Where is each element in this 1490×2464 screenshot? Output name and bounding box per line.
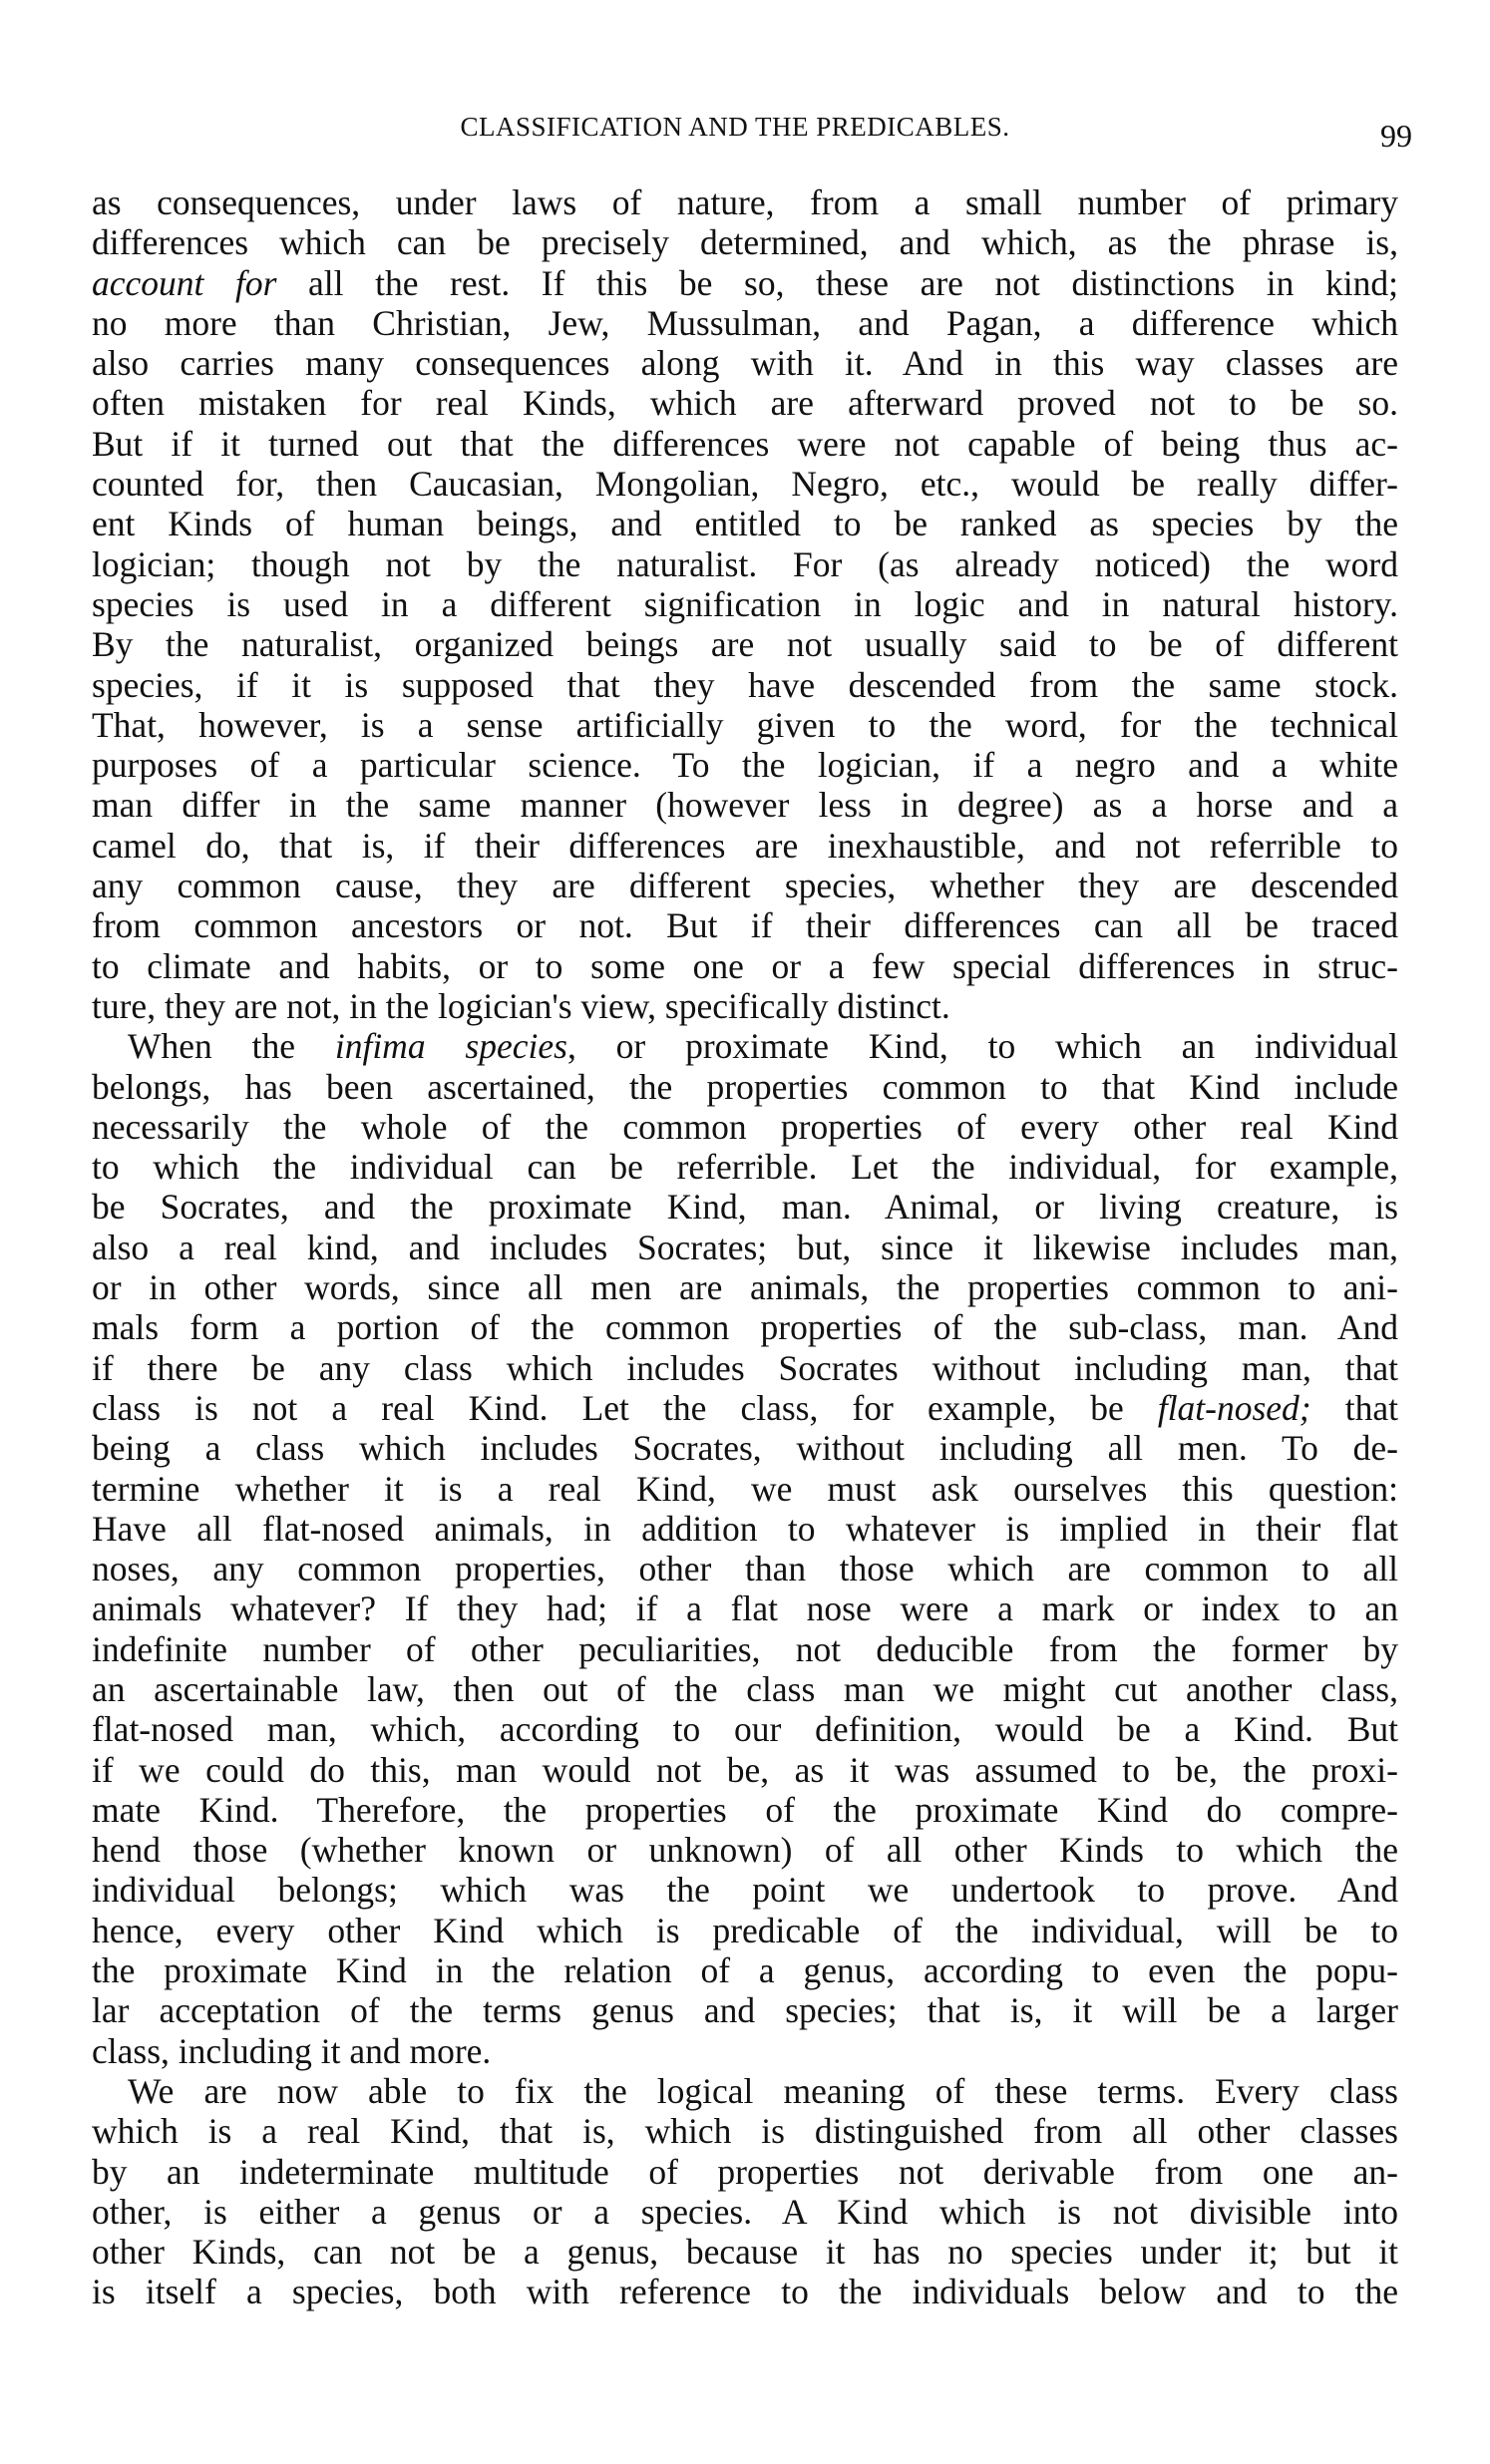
text-line: often mistaken for real Kinds, which are… (92, 383, 1398, 423)
text-line: being a class which includes Socrates, w… (92, 1428, 1398, 1468)
text-line: belongs, has been ascertained, the prope… (92, 1067, 1398, 1107)
text-line: an ascertainable law, then out of the cl… (92, 1669, 1398, 1709)
paragraph: When the infima species, or proximate Ki… (92, 1026, 1398, 2071)
text-run: class, including it and more. (92, 2031, 491, 2071)
text-line: to climate and habits, or to some one or… (92, 946, 1398, 986)
page-number: 99 (1380, 118, 1412, 155)
text-run: or in other words, since all men are ani… (92, 1267, 1398, 1307)
text-run: But if it turned out that the difference… (92, 424, 1398, 464)
italic-text: infima species (335, 1026, 567, 1066)
text-run: noses, any common properties, other than… (92, 1549, 1398, 1588)
text-line: hence, every other Kind which is predica… (92, 1911, 1398, 1950)
text-line: Have all flat-nosed animals, in addition… (92, 1509, 1398, 1549)
text-line: any common cause, they are different spe… (92, 866, 1398, 905)
text-line: hend those (whether known or unknown) of… (92, 1830, 1398, 1870)
text-line: other, is either a genus or a species. A… (92, 2192, 1398, 2232)
text-line: flat-nosed man, which, according to our … (92, 1709, 1398, 1749)
text-run: any common cause, they are different spe… (92, 866, 1398, 905)
text-run: other Kinds, can not be a genus, because… (92, 2232, 1398, 2272)
text-line: ent Kinds of human beings, and entitled … (92, 504, 1398, 543)
text-run: animals whatever? If they had; if a flat… (92, 1588, 1398, 1628)
text-line: lar acceptation of the terms genus and s… (92, 1990, 1398, 2030)
text-line: When the infima species, or proximate Ki… (92, 1026, 1398, 1066)
text-run: to climate and habits, or to some one or… (92, 946, 1398, 986)
text-run: We are now able to fix the logical meani… (128, 2071, 1398, 2111)
text-line: class is not a real Kind. Let the class,… (92, 1388, 1398, 1428)
text-line: necessarily the whole of the common prop… (92, 1107, 1398, 1147)
text-line: species is used in a different significa… (92, 584, 1398, 624)
text-run: the proximate Kind in the relation of a … (92, 1950, 1398, 1990)
text-line: We are now able to fix the logical meani… (92, 2071, 1398, 2111)
text-line: differences which can be precisely deter… (92, 222, 1398, 262)
text-run: flat-nosed man, which, according to our … (92, 1709, 1398, 1749)
text-line: man differ in the same manner (however l… (92, 785, 1398, 825)
text-run: as consequences, under laws of nature, f… (92, 182, 1398, 222)
text-run: belongs, has been ascertained, the prope… (92, 1067, 1398, 1107)
text-line: which is a real Kind, that is, which is … (92, 2111, 1398, 2151)
text-line: the proximate Kind in the relation of a … (92, 1950, 1398, 1990)
text-run: hend those (whether known or unknown) of… (92, 1830, 1398, 1870)
text-line: to which the individual can be referribl… (92, 1147, 1398, 1187)
text-run: When the (128, 1026, 335, 1066)
text-line: camel do, that is, if their differences … (92, 826, 1398, 866)
text-line: animals whatever? If they had; if a flat… (92, 1588, 1398, 1628)
text-run: if there be any class which includes Soc… (92, 1348, 1398, 1388)
text-run: all the rest. If this be so, these are n… (276, 263, 1398, 303)
text-run: is itself a species, both with reference… (92, 2272, 1398, 2311)
text-run: to which the individual can be referribl… (92, 1147, 1398, 1187)
text-run: from common ancestors or not. But if the… (92, 905, 1398, 945)
text-line: individual belongs; which was the point … (92, 1870, 1398, 1910)
text-line: or in other words, since all men are ani… (92, 1267, 1398, 1307)
text-run: Have all flat-nosed animals, in addition… (92, 1509, 1398, 1549)
text-run: class is not a real Kind. Let the class,… (92, 1388, 1158, 1428)
text-run: often mistaken for real Kinds, which are… (92, 383, 1398, 423)
text-run: That, however, is a sense artificially g… (92, 705, 1398, 745)
page-header: CLASSIFICATION AND THE PREDICABLES. 99 (0, 112, 1490, 152)
text-run: species is used in a different significa… (92, 584, 1398, 624)
text-run: , or proximate Kind, to which an individ… (567, 1026, 1398, 1066)
text-run: camel do, that is, if their differences … (92, 826, 1398, 866)
text-run: other, is either a genus or a species. A… (92, 2192, 1398, 2232)
text-line: counted for, then Caucasian, Mongolian, … (92, 464, 1398, 504)
text-run: ture, they are not, in the logician's vi… (92, 986, 950, 1026)
paragraph: We are now able to fix the logical meani… (92, 2071, 1398, 2312)
italic-text: account for (92, 263, 276, 303)
text-line: But if it turned out that the difference… (92, 424, 1398, 464)
text-line: indefinite number of other peculiarities… (92, 1629, 1398, 1669)
text-line: as consequences, under laws of nature, f… (92, 182, 1398, 222)
text-line: That, however, is a sense artificially g… (92, 705, 1398, 745)
text-line: mals form a portion of the common proper… (92, 1307, 1398, 1347)
text-run: logician; though not by the naturalist. … (92, 544, 1398, 584)
text-run: lar acceptation of the terms genus and s… (92, 1990, 1398, 2030)
text-line: mate Kind. Therefore, the properties of … (92, 1790, 1398, 1830)
text-run: also carries many consequences along wit… (92, 343, 1398, 383)
text-run: mals form a portion of the common proper… (92, 1307, 1398, 1347)
text-run: ent Kinds of human beings, and entitled … (92, 504, 1398, 543)
text-line: is itself a species, both with reference… (92, 2272, 1398, 2311)
text-line: logician; though not by the naturalist. … (92, 544, 1398, 584)
text-run: termine whether it is a real Kind, we mu… (92, 1469, 1398, 1509)
text-line: if there be any class which includes Soc… (92, 1348, 1398, 1388)
body-text: as consequences, under laws of nature, f… (92, 182, 1398, 2312)
text-run: hence, every other Kind which is predica… (92, 1911, 1398, 1950)
text-run: also a real kind, and includes Socrates;… (92, 1228, 1398, 1267)
text-line: by an indeterminate multitude of propert… (92, 2152, 1398, 2192)
italic-text: flat-nosed; (1158, 1388, 1311, 1428)
text-line: if we could do this, man would not be, a… (92, 1750, 1398, 1790)
text-run: species, if it is supposed that they hav… (92, 665, 1398, 705)
text-run: man differ in the same manner (however l… (92, 785, 1398, 825)
text-run: differences which can be precisely deter… (92, 222, 1398, 262)
text-line: purposes of a particular science. To the… (92, 745, 1398, 785)
text-line: no more than Christian, Jew, Mussulman, … (92, 303, 1398, 343)
text-line: By the naturalist, organized beings are … (92, 624, 1398, 664)
text-run: that (1311, 1388, 1398, 1428)
running-title: CLASSIFICATION AND THE PREDICABLES. (361, 112, 1109, 143)
text-run: no more than Christian, Jew, Mussulman, … (92, 303, 1398, 343)
text-line: from common ancestors or not. But if the… (92, 905, 1398, 945)
text-run: individual belongs; which was the point … (92, 1870, 1398, 1910)
paragraph: as consequences, under laws of nature, f… (92, 182, 1398, 1026)
text-line: be Socrates, and the proximate Kind, man… (92, 1187, 1398, 1227)
text-line: species, if it is supposed that they hav… (92, 665, 1398, 705)
text-line: other Kinds, can not be a genus, because… (92, 2232, 1398, 2272)
text-line: noses, any common properties, other than… (92, 1549, 1398, 1588)
text-line: ture, they are not, in the logician's vi… (92, 986, 1398, 1026)
text-run: counted for, then Caucasian, Mongolian, … (92, 464, 1398, 504)
text-line: also a real kind, and includes Socrates;… (92, 1228, 1398, 1267)
text-run: an ascertainable law, then out of the cl… (92, 1669, 1398, 1709)
text-line: account for all the rest. If this be so,… (92, 263, 1398, 303)
text-run: being a class which includes Socrates, w… (92, 1428, 1398, 1468)
text-run: purposes of a particular science. To the… (92, 745, 1398, 785)
text-run: be Socrates, and the proximate Kind, man… (92, 1187, 1398, 1227)
text-line: also carries many consequences along wit… (92, 343, 1398, 383)
text-run: if we could do this, man would not be, a… (92, 1750, 1398, 1790)
text-run: by an indeterminate multitude of propert… (92, 2152, 1398, 2192)
text-run: mate Kind. Therefore, the properties of … (92, 1790, 1398, 1830)
text-run: indefinite number of other peculiarities… (92, 1629, 1398, 1669)
text-line: termine whether it is a real Kind, we mu… (92, 1469, 1398, 1509)
text-run: By the naturalist, organized beings are … (92, 624, 1398, 664)
text-run: which is a real Kind, that is, which is … (92, 2111, 1398, 2151)
text-line: class, including it and more. (92, 2031, 1398, 2071)
text-run: necessarily the whole of the common prop… (92, 1107, 1398, 1147)
